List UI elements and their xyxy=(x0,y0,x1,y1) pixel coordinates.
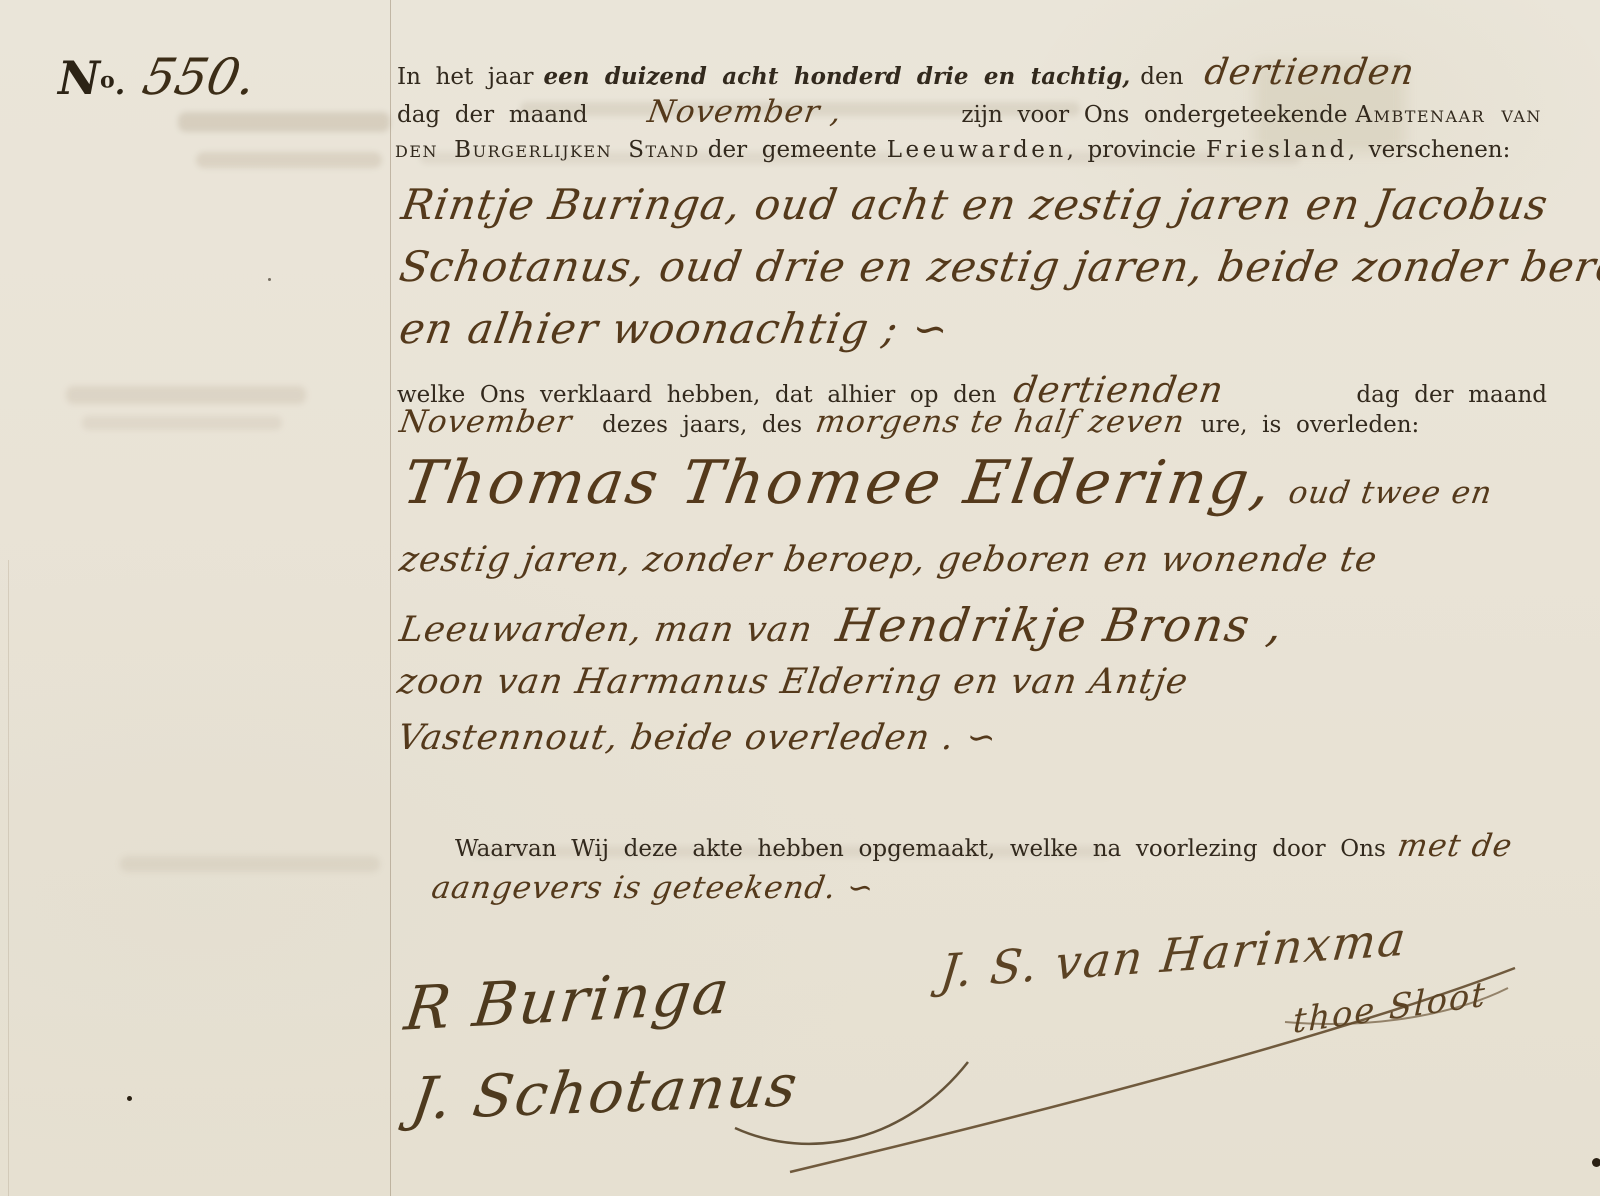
signature-witness-1: R Buringa xyxy=(403,958,732,1045)
signature-official-suffix: thoe Sloot xyxy=(1290,975,1489,1042)
printed-text: der gemeente xyxy=(708,137,877,163)
printed-text: den xyxy=(1140,64,1183,90)
deceased-line-5: Vastennout, beide overleden . ∽ xyxy=(398,718,997,758)
printed-year-words: een duizend acht honderd drie en tachtig… xyxy=(543,63,1130,90)
handwritten-text: Leeuwarden, man van xyxy=(397,610,816,650)
printed-smallcaps: den Burgerlijken Stand xyxy=(395,137,700,163)
declarants-line-3: en alhier woonachtig ; ∽ xyxy=(400,304,949,353)
handwritten-text: aangevers is geteekend. ∽ xyxy=(429,870,877,906)
act-number: No. 550. xyxy=(58,48,256,106)
ink-speck xyxy=(127,1096,132,1101)
act-number-prefix: N xyxy=(58,51,100,105)
handwritten-text: zestig jaren, zonder beroep, geboren en … xyxy=(397,540,1380,580)
signature-official-name: J. S. van Harinxma xyxy=(938,911,1410,998)
handwritten-declarants: en alhier woonachtig ; ∽ xyxy=(396,304,953,353)
intro-line-1: In het jaar een duizend acht honderd dri… xyxy=(397,52,1547,93)
deceased-name-line: Thomas Thomee Eldering, oud twee en xyxy=(404,448,1492,518)
ink-speck xyxy=(1592,1158,1600,1167)
handwritten-text: met de xyxy=(1395,828,1515,864)
printed-text: dag der maand xyxy=(397,102,588,128)
printed-text: verschenen: xyxy=(1369,137,1511,163)
handwritten-month: November , xyxy=(645,94,844,130)
bleed-through-smudge xyxy=(82,416,282,430)
declarants-line-2: Schotanus, oud drie en zestig jaren, bei… xyxy=(400,242,1600,291)
declaration-line-2: November dezes jaars, des morgens te hal… xyxy=(400,404,1547,440)
printed-province: Friesland, xyxy=(1206,137,1359,163)
deceased-line-3: Leeuwarden, man van Hendrikje Brons , xyxy=(400,598,1284,652)
handwritten-declarants: Rintje Buringa, oud acht en zestig jaren… xyxy=(398,180,1552,229)
printed-text: Waarvan Wij deze akte hebben opgemaakt, … xyxy=(455,836,1386,862)
handwritten-spouse-name: Hendrikje Brons , xyxy=(832,598,1288,652)
printed-text: ure, is overleden: xyxy=(1201,412,1420,438)
deceased-line-4: zoon van Harmanus Eldering en van Antje xyxy=(398,662,1188,702)
printed-text: dezes jaars, des xyxy=(602,412,802,438)
signature-witness-2-text: J. Schotanus xyxy=(407,1051,803,1133)
handwritten-text: zoon van Harmanus Eldering en van Antje xyxy=(395,662,1191,702)
act-number-dot: . xyxy=(115,67,125,102)
printed-municipality: Leeuwarden, xyxy=(887,137,1078,163)
closing-line-2: aangevers is geteekend. ∽ xyxy=(432,870,874,906)
handwritten-deceased-name: Thomas Thomee Eldering, xyxy=(398,448,1278,518)
bleed-through-smudge xyxy=(120,856,380,872)
bleed-through-smudge xyxy=(196,152,382,168)
handwritten-day: dertienden xyxy=(1202,52,1418,93)
handwritten-text: Vastennout, beide overleden . ∽ xyxy=(395,718,1000,758)
printed-text: In het jaar xyxy=(397,64,533,90)
fold-line-left xyxy=(8,560,9,1196)
closing-line-1: Waarvan Wij deze akte hebben opgemaakt, … xyxy=(455,828,1512,864)
deceased-line-2: zestig jaren, zonder beroep, geboren en … xyxy=(400,540,1377,580)
fold-line xyxy=(390,0,391,1196)
printed-text: provincie xyxy=(1087,137,1196,163)
handwritten-text: oud twee en xyxy=(1286,475,1495,511)
handwritten-declarants: Schotanus, oud drie en zestig jaren, bei… xyxy=(396,242,1600,291)
handwritten-month: November xyxy=(397,404,575,440)
printed-text: zijn voor Ons ondergeteekende xyxy=(961,102,1347,128)
bleed-through-smudge xyxy=(66,386,306,404)
death-certificate-page: No. 550. In het jaar een duizend acht ho… xyxy=(0,0,1600,1196)
declarants-line-1: Rintje Buringa, oud acht en zestig jaren… xyxy=(402,180,1548,229)
ink-speck xyxy=(268,278,271,281)
printed-smallcaps: Ambtenaar van xyxy=(1355,102,1541,128)
handwritten-time: morgens te half zeven xyxy=(813,404,1187,440)
signature-official-suffix-text: thoe Sloot xyxy=(1292,974,1487,1042)
bleed-through-smudge xyxy=(178,112,390,132)
signature-witness-2: J. Schotanus xyxy=(411,1051,800,1132)
intro-line-3: den Burgerlijken Stand der gemeente Leeu… xyxy=(395,137,1545,163)
signature-official: J. S. van Harinxma xyxy=(939,912,1409,998)
act-number-sup: o xyxy=(100,68,115,94)
intro-line-2: dag der maand November , zijn voor Ons o… xyxy=(397,94,1547,130)
signature-witness-1-text: R Buringa xyxy=(401,957,735,1045)
act-number-value: 550. xyxy=(138,48,262,106)
